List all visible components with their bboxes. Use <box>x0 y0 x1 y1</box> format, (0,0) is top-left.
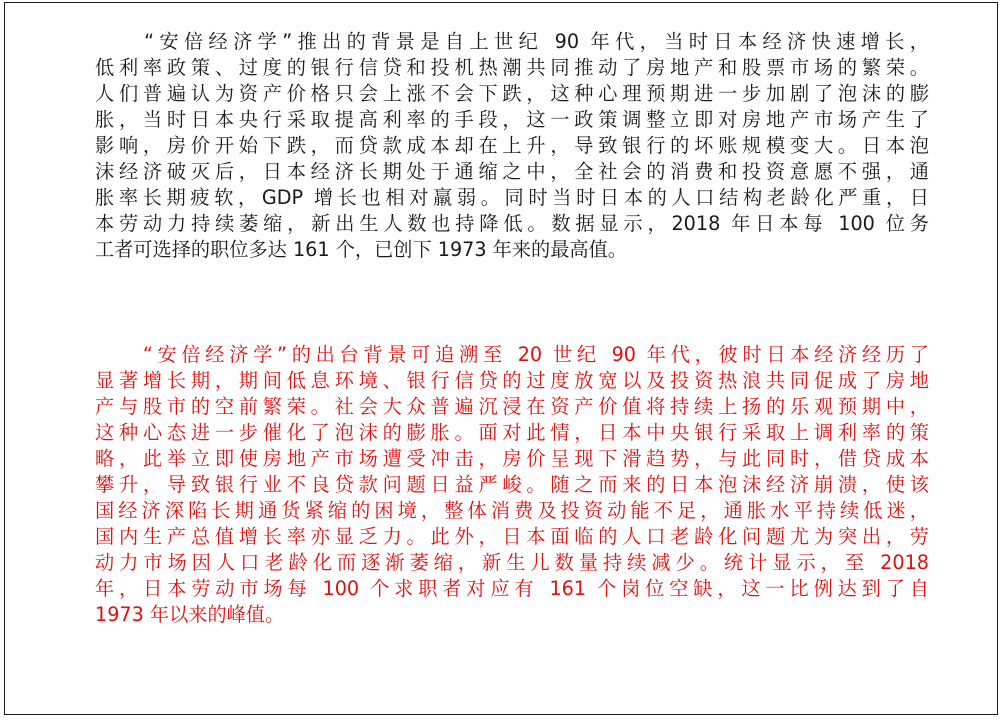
rewritten-line: 国经济深陷长期通货紧缩的困境，整体消费及投资动能不足，通胀水平持续低迷， <box>95 498 929 524</box>
rewritten-line: 略，此举立即使房地产市场遭受冲击，房价呈现下滑趋势，与此同时，借贷成本 <box>95 446 929 472</box>
rewritten-line: “安倍经济学”的出台背景可追溯至 20 世纪 90 年代，彼时日本经济经历了 <box>95 342 929 368</box>
rewritten-line: 年，日本劳动市场每 100 个求职者对应有 161 个岗位空缺，这一比例达到了自 <box>95 576 929 602</box>
original-line: “安倍经济学”推出的背景是自上世纪 90 年代，当时日本经济快速增长， <box>95 29 929 55</box>
original-paragraph: “安倍经济学”推出的背景是自上世纪 90 年代，当时日本经济快速增长， 低利率政… <box>95 29 929 263</box>
original-line: 低利率政策、过度的银行信贷和投机热潮共同推动了房地产和股票市场的繁荣。 <box>95 55 929 81</box>
original-line: 胀率长期疲软，GDP 增长也相对羸弱。同时当时日本的人口结构老龄化严重，日 <box>95 185 929 211</box>
original-line: 工者可选择的职位多达 161 个，已创下 1973 年来的最高值。 <box>95 237 929 263</box>
original-line: 胀，当时日本央行采取提高利率的手段，这一政策调整立即对房地产市场产生了 <box>95 107 929 133</box>
rewritten-line: 动力市场因人口老龄化而逐渐萎缩，新生儿数量持续减少。统计显示，至 2018 <box>95 550 929 576</box>
rewritten-line: 显著增长期，期间低息环境、银行信贷的过度放宽以及投资热浪共同促成了房地 <box>95 368 929 394</box>
rewritten-line: 国内生产总值增长率亦显乏力。此外，日本面临的人口老龄化问题尤为突出，劳 <box>95 524 929 550</box>
rewritten-line: 产与股市的空前繁荣。社会大众普遍沉浸在资产价值将持续上扬的乐观预期中， <box>95 394 929 420</box>
rewritten-line: 1973 年以来的峰值。 <box>95 602 929 628</box>
rewritten-paragraph: “安倍经济学”的出台背景可追溯至 20 世纪 90 年代，彼时日本经济经历了 显… <box>95 342 929 628</box>
rewritten-line: 攀升，导致银行业不良贷款问题日益严峻。随之而来的日本泡沫经济崩溃，使该 <box>95 472 929 498</box>
rewritten-line: 这种心态进一步催化了泡沫的膨胀。面对此情，日本中央银行采取上调利率的策 <box>95 420 929 446</box>
original-line: 影响，房价开始下跌，而贷款成本却在上升，导致银行的坏账规模变大。日本泡 <box>95 133 929 159</box>
original-line: 人们普遍认为资产价格只会上涨不会下跌，这种心理预期进一步加剧了泡沫的膨 <box>95 81 929 107</box>
original-line: 沫经济破灭后，日本经济长期处于通缩之中，全社会的消费和投资意愿不强，通 <box>95 159 929 185</box>
original-line: 本劳动力持续萎缩，新出生人数也持降低。数据显示，2018 年日本每 100 位务 <box>95 211 929 237</box>
